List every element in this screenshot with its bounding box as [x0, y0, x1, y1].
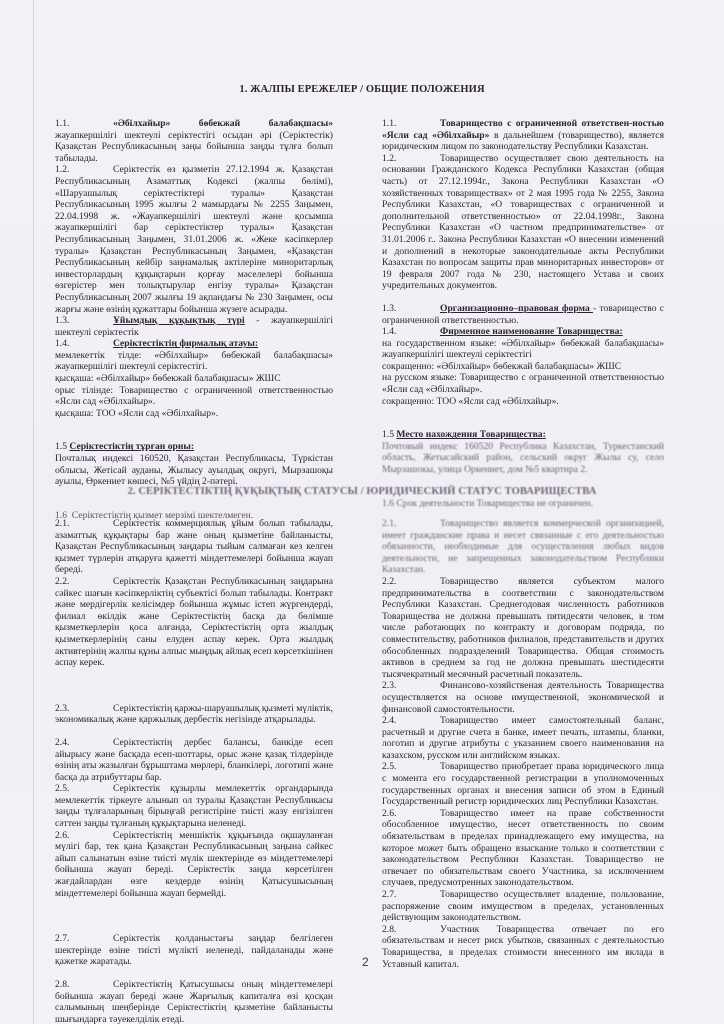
clause-1-5-kz-heading: 1.5 Серіктестіктің тұрған орны:: [55, 441, 333, 453]
clause-2-8-kz: 2.8.Серіктестіктің Қатысушысы оның мінде…: [55, 979, 333, 1024]
clause-1-3-kz: 1.3.Ұйымдық құқықтық түрі - жауапкершілі…: [55, 315, 333, 338]
clause-2-6-ru: 2.6.Товарищество имеет на праве собствен…: [382, 808, 664, 889]
name-line-ru: на государственном языке: «Әбілхайыр» бө…: [382, 338, 664, 361]
clause-1-2-kz: 1.2.Серіктестік өз қызметін 27.12.1994 ж…: [55, 164, 333, 315]
clause-2-6-kz: 2.6.Серіктестіктің меншіктік құқығында о…: [55, 830, 333, 900]
clause-2-2-kz: 2.2.Серіктестік Қазақстан Республикасыны…: [55, 576, 333, 669]
clause-2-2-ru: 2.2.Товарищество является субъектом мало…: [382, 576, 664, 680]
clause-1-1-ru: 1.1.Товарищество с ограниченной ответств…: [382, 118, 664, 153]
clause-2-1-kz: 2.1.Серіктестік коммерциялық ұйым болып …: [55, 518, 333, 576]
clause-2-8-ru: 2.8.Участник Товарищества отвечает по ег…: [382, 924, 664, 970]
section-1-title: 1. ЖАЛПЫ ЕРЕЖЕЛЕР / ОБЩИЕ ПОЛОЖЕНИЯ: [0, 84, 724, 95]
name-line-ru: сокращенно: «Әбілхайыр» бөбекжай балабақ…: [382, 361, 664, 373]
clause-2-7-ru: 2.7.Товарищество осуществляет владение, …: [382, 889, 664, 924]
clause-2-4-ru: 2.4.Товарищество имеет самостоятельный б…: [382, 715, 664, 761]
clause-1-4-ru: 1.4.Фирменное наименование Товарищества:: [382, 326, 664, 338]
page-number: 2: [362, 955, 369, 969]
section-2-russian-column: 2.1.Товарищество является коммерческой о…: [382, 518, 664, 970]
name-line-kz: мемлекеттік тілде: «Әбілхайыр» бөбекжай …: [55, 350, 333, 373]
clause-1-3-ru: 1.3.Организационно–правовая форма - това…: [382, 303, 664, 326]
clause-1-6-ru: 1.6 Срок деятельности Товарищества не ог…: [382, 498, 664, 510]
clause-1-1-kz: 1.1.«Әбілхайыр» бөбекжай балабақшасы» жа…: [55, 118, 333, 164]
clause-2-1-ru: 2.1.Товарищество является коммерческой о…: [382, 518, 664, 576]
clause-1-5-kz: Почталық индексі 160520, Қазақстан Респу…: [55, 453, 333, 488]
name-line-kz: қысқаша: ТОО «Ясли сад «Әбілхайыр».: [55, 408, 333, 420]
clause-2-5-ru: 2.5.Товарищество приобретает права юриди…: [382, 761, 664, 807]
section-2-title: 2. СЕРІКТЕСТІКТІҢ ҚҰҚЫҚТЫҚ СТАТУСЫ / ЮРИ…: [0, 486, 724, 497]
clause-2-3-ru: 2.3.Финансово-хозяйственая деятельность …: [382, 680, 664, 715]
clause-2-4-kz: 2.4.Серіктестіктің дербес балансы, банкі…: [55, 737, 333, 783]
clause-1-2-ru: 1.2.Товарищество осуществляет свою деяте…: [382, 153, 664, 292]
clause-2-5-kz: 2.5.Серіктестік құзырлы мемлекеттік орга…: [55, 783, 333, 829]
section-1-russian-column: 1.1.Товарищество с ограниченной ответств…: [382, 118, 664, 509]
document-page: 1. ЖАЛПЫ ЕРЕЖЕЛЕР / ОБЩИЕ ПОЛОЖЕНИЯ 1.1.…: [0, 0, 724, 1024]
scan-edge-line: [33, 0, 34, 1024]
name-line-kz: қысқаша: «Әбілхайыр» бөбекжай балабақшас…: [55, 373, 333, 385]
name-line-ru: сокращенно: ТОО «Ясли сад «Әбілхайыр».: [382, 396, 664, 408]
name-line-kz: орыс тілінде: Товарищество с ограниченно…: [55, 385, 333, 408]
clause-1-5-ru: Почтовый индекс 160520 Республика Казахс…: [382, 441, 664, 476]
clause-1-5-ru-heading: 1.5 Место нахождения Товарищества:: [382, 429, 664, 441]
name-line-ru: на русском языке: Товарищество с огранич…: [382, 372, 664, 395]
clause-2-7-kz: 2.7.Серіктестік қолданыстағы заңдар белг…: [55, 933, 333, 968]
section-2-kazakh-column: 2.1.Серіктестік коммерциялық ұйым болып …: [55, 518, 333, 1024]
section-1-kazakh-column: 1.1.«Әбілхайыр» бөбекжай балабақшасы» жа…: [55, 118, 333, 521]
clause-1-4-kz: 1.4.Серіктестіктің фирмалық атауы:: [55, 338, 333, 350]
clause-2-3-kz: 2.3.Серіктестіктің қаржы-шаруашылық қызм…: [55, 703, 333, 726]
